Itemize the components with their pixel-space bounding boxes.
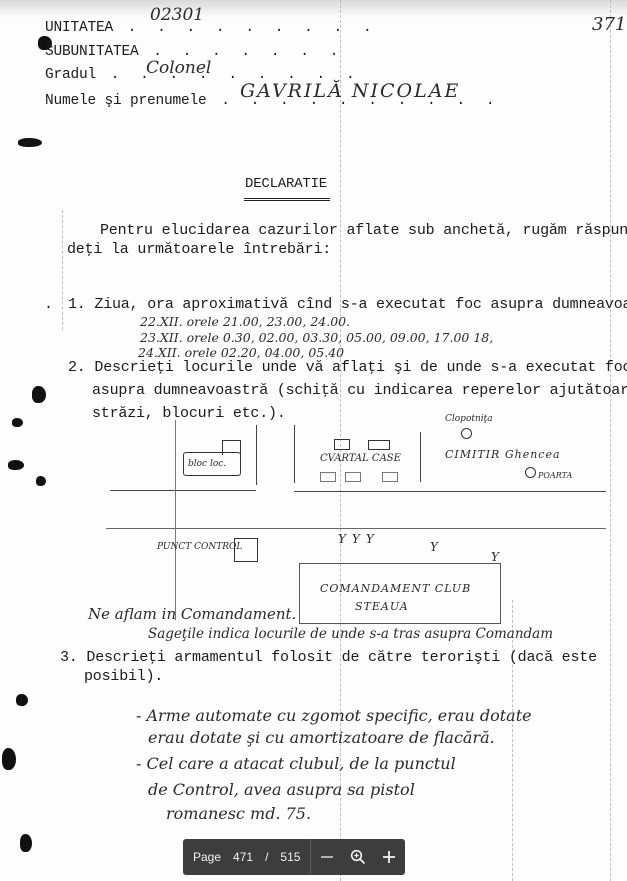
ink-blot <box>2 748 16 770</box>
sketch-wall <box>256 425 257 485</box>
answer-1-line: 24.XII. orele 02.20, 04.00, 05.40 <box>138 345 344 360</box>
sketch-label-club: COMANDAMENT CLUB <box>320 582 471 595</box>
sketch-arrow: Y <box>491 550 499 564</box>
sketch-street <box>106 528 606 529</box>
sketch-street <box>110 490 256 491</box>
answer-3-line: - Arme automate cu zgomot specific, erau… <box>136 706 532 725</box>
question-3: posibil). <box>84 668 163 685</box>
answer-1-line: 23.XII. orele 0.30, 02.00, 03.30, 05.00,… <box>140 330 493 345</box>
ink-blot <box>36 476 46 486</box>
answer-2-line: Sageţile indica locurile de unde s-a tra… <box>148 626 553 642</box>
answer-1-line: 22.XII. orele 21.00, 23.00, 24.00. <box>140 314 350 329</box>
plus-icon <box>382 850 396 864</box>
current-page-input[interactable]: 471 <box>233 850 253 864</box>
sketch-house <box>320 472 336 482</box>
title-underline <box>244 198 330 201</box>
bullet-dot: . <box>44 296 53 313</box>
sketch-arrow: Y <box>430 540 438 554</box>
zoom-in-button[interactable] <box>374 839 405 875</box>
sketch-line <box>175 420 176 620</box>
sketch-house <box>345 472 361 482</box>
sketch-label-club: STEAUA <box>355 600 409 613</box>
scan-fold-line <box>610 0 611 881</box>
archive-page-number: 371 <box>592 14 626 35</box>
answer-3-line: - Cel care a atacat clubul, de la punctu… <box>136 754 456 773</box>
document-title: DECLARATIE <box>245 176 327 192</box>
answer-2-line: Ne aflam in Comandament. <box>88 605 296 623</box>
ink-blot <box>32 386 46 403</box>
intro-line: deţi la următoarele întrebări: <box>67 241 331 258</box>
scanned-document-page: 371 UNITATEA . . . . . . . . . 02301 SUB… <box>0 0 627 881</box>
page-toolbar: Page 471 / 515 <box>183 839 405 875</box>
ink-blot <box>18 138 42 147</box>
sketch-label-punct-control: PUNCT CONTROL <box>157 542 242 552</box>
unitatea-label: UNITATEA . . . . . . . . . <box>45 20 378 36</box>
intro-line: Pentru elucidarea cazurilor aflate sub a… <box>100 222 627 239</box>
total-pages: 515 <box>280 850 300 864</box>
nume-value: GAVRILĂ NICOLAE <box>240 80 460 102</box>
sketch-label-clopotnita: Clopotniţa <box>445 414 493 424</box>
zoom-out-button[interactable] <box>311 839 342 875</box>
sketch-bloc-tower <box>222 440 241 455</box>
unitatea-value: 02301 <box>150 5 204 25</box>
sketch-arrows: YYY <box>338 532 380 546</box>
sketch-house <box>334 439 350 450</box>
sketch-label-bloc: bloc loc. <box>188 459 226 469</box>
sketch-house <box>382 472 398 482</box>
viewer-top-shadow <box>0 0 627 18</box>
zoom-reset-button[interactable] <box>343 839 374 875</box>
sketch-wall <box>420 432 421 482</box>
question-2: 2. Descrieţi locurile unde vă aflaţi şi … <box>68 359 627 376</box>
page-separator: / <box>265 850 268 864</box>
sketch-street <box>294 491 606 492</box>
answer-3-line: erau dotate şi cu amortizatoare de flacă… <box>148 728 495 747</box>
answer-3-line: romanesc md. 75. <box>166 804 311 823</box>
answer-3-line: de Control, avea asupra sa pistol <box>148 780 415 799</box>
sketch-wall <box>294 425 295 483</box>
question-1: 1. Ziua, ora aproximativă cînd s-a execu… <box>68 296 627 313</box>
minus-icon <box>320 850 334 864</box>
ink-blot <box>20 834 32 852</box>
sketch-control-point <box>234 538 258 562</box>
page-label: Page <box>193 850 221 864</box>
ink-blot <box>12 418 23 427</box>
question-2: asupra dumneavoastră (schiţă cu indicare… <box>92 382 627 399</box>
sketch-cross-marker <box>525 467 536 478</box>
question-3: 3. Descrieţi armamentul folosit de către… <box>60 649 597 666</box>
sketch-house <box>368 440 390 450</box>
ink-blot <box>16 694 28 706</box>
sketch-cross-marker <box>461 428 472 439</box>
sketch-label-cartier: CVARTAL CASE <box>320 453 401 464</box>
magnifier-plus-icon <box>350 849 366 865</box>
scan-fold-line <box>512 600 513 881</box>
scan-fold-line <box>62 210 63 330</box>
question-2: străzi, blocuri etc.). <box>92 405 286 422</box>
gradul-value: Colonel <box>146 58 211 78</box>
sketch-label-cimitir: CIMITIR Ghencea <box>445 448 561 461</box>
ink-blot <box>8 460 24 470</box>
sketch-label-poarta: POARTA <box>538 471 572 480</box>
